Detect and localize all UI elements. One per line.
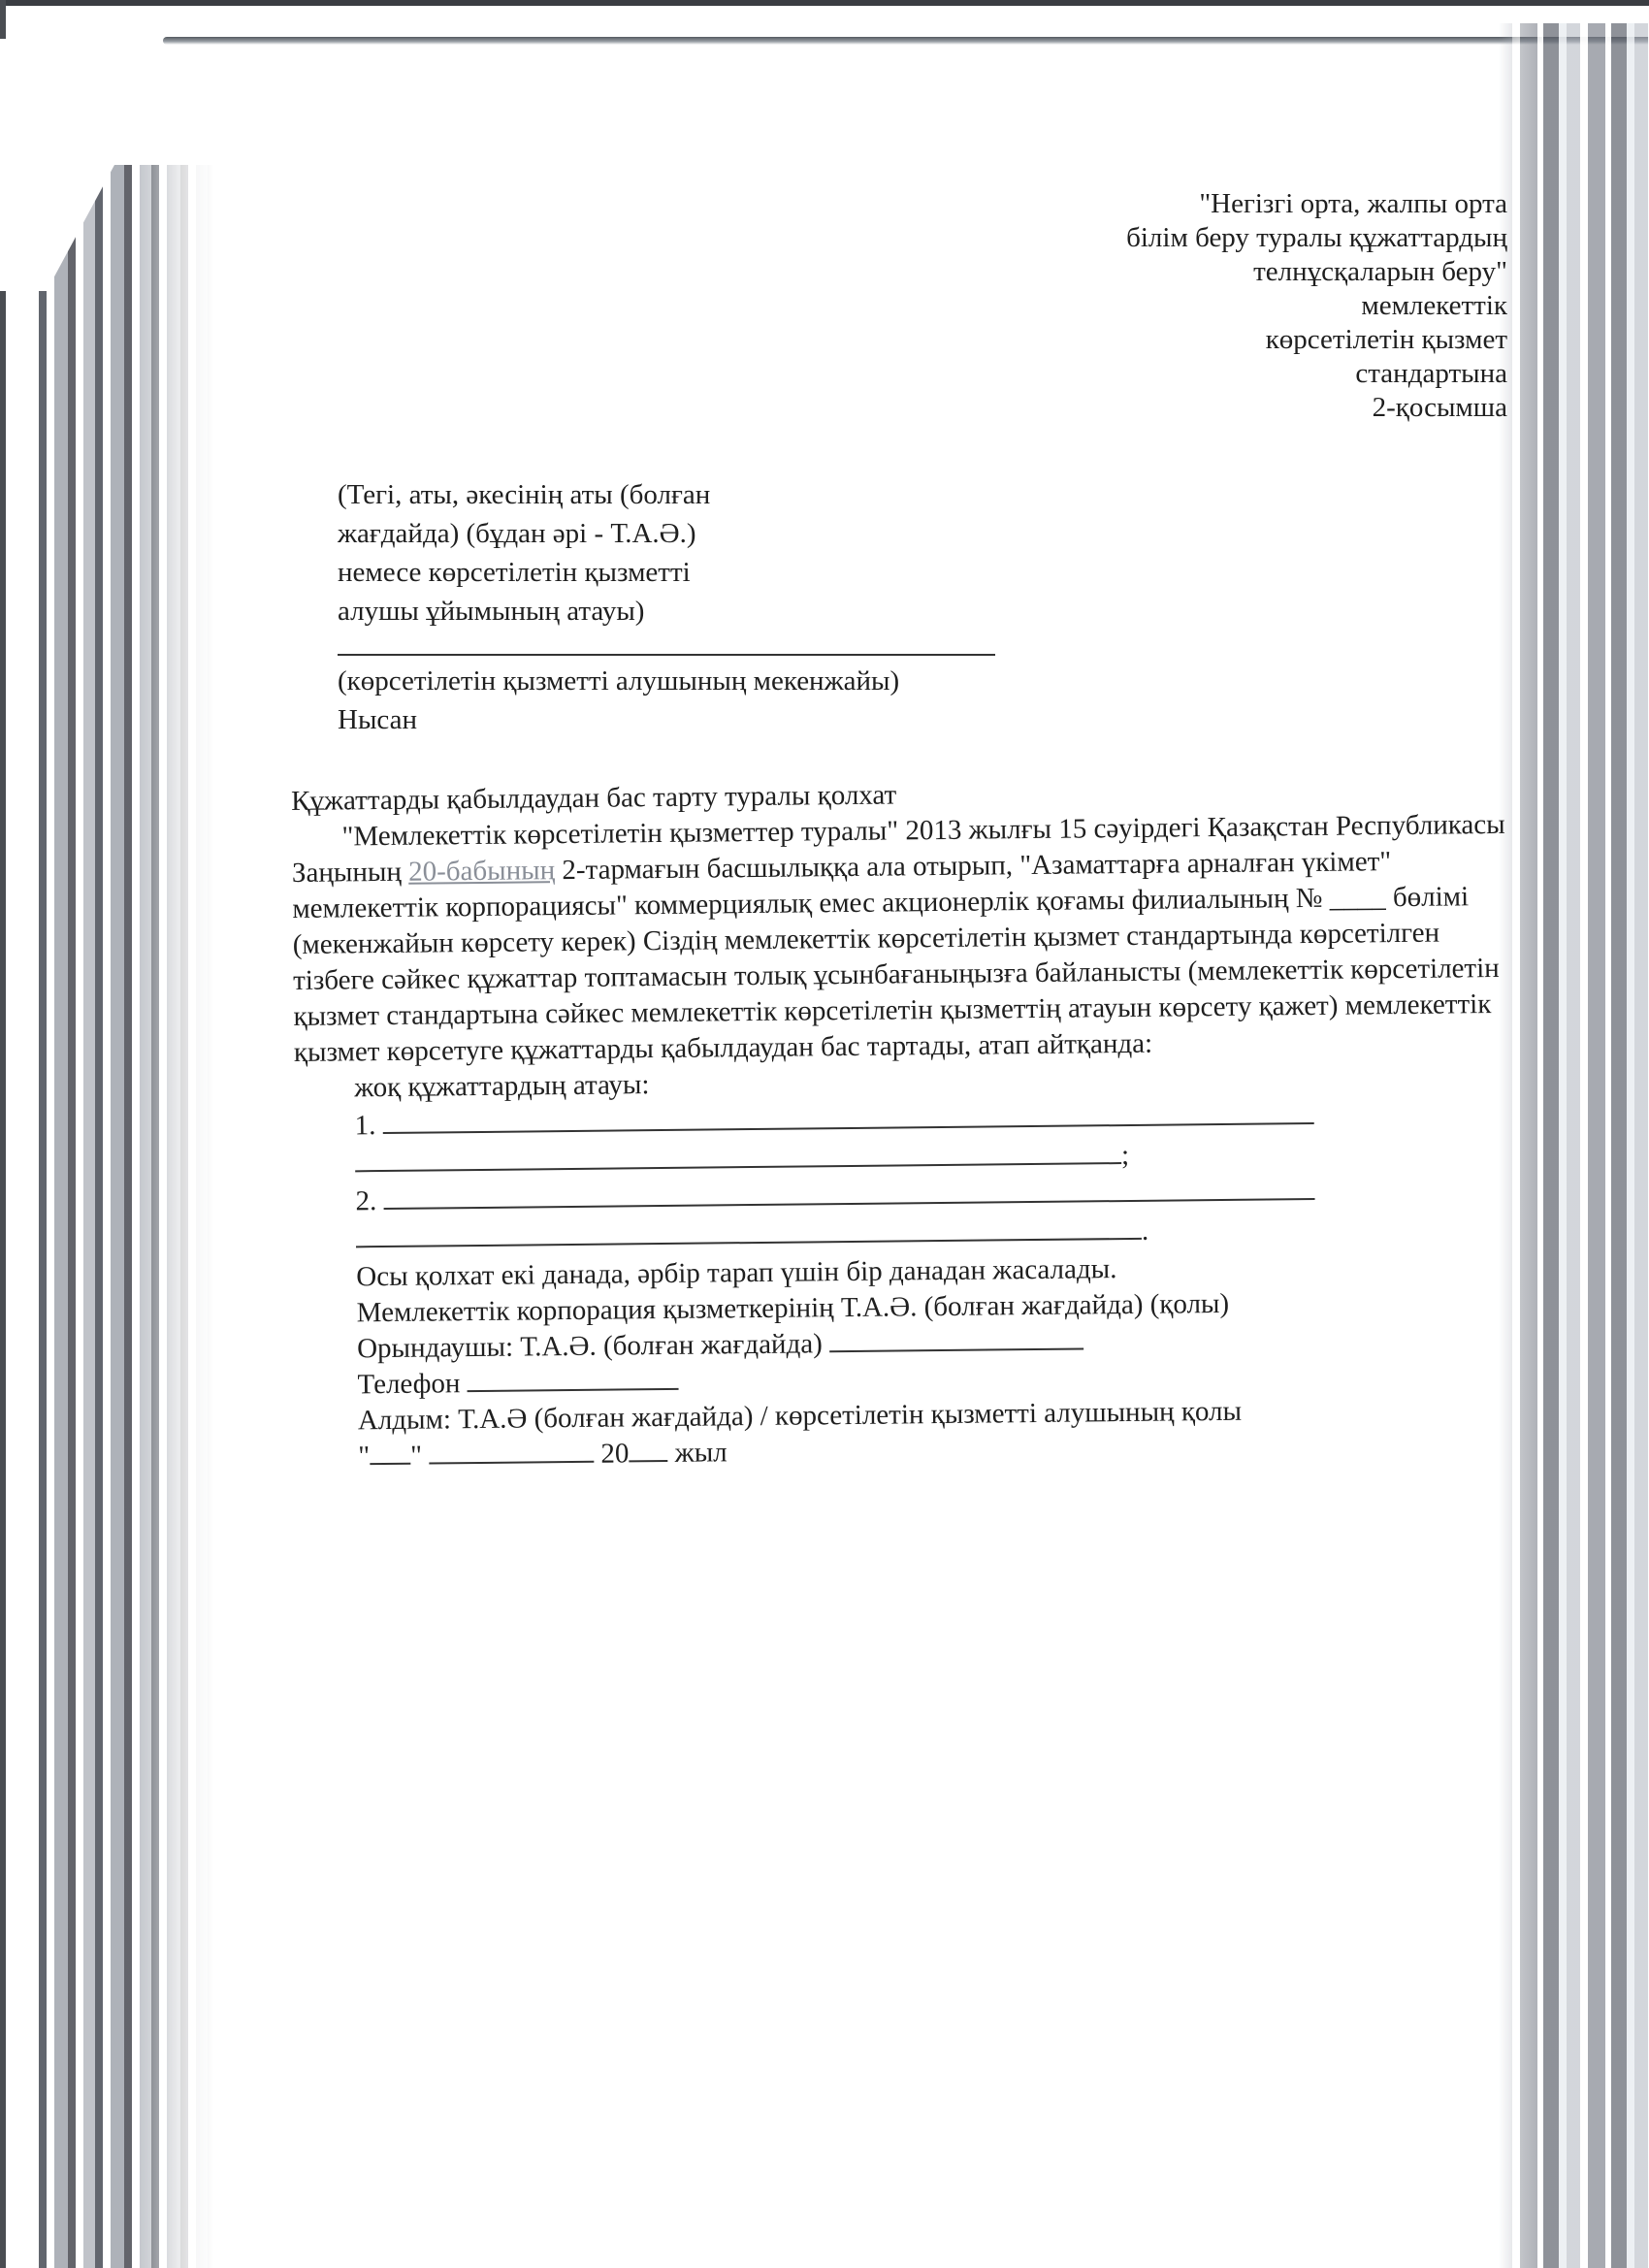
form-label: Нысан — [338, 700, 995, 739]
item-number: 1. — [355, 1110, 376, 1141]
law-article-link[interactable]: 20-бабының — [408, 855, 555, 888]
date-quote-open: " — [358, 1441, 370, 1472]
executor-fill-line — [829, 1324, 1083, 1352]
year-prefix: 20 — [600, 1438, 629, 1469]
item-number: 2. — [355, 1185, 376, 1216]
annex-header-line: "Негізгі орта, жалпы орта — [1126, 187, 1507, 221]
phone-label: Телефон — [357, 1368, 460, 1400]
document-page: "Негізгі орта, жалпы орта білім беру тур… — [0, 0, 1649, 2268]
annex-header-line: стандартына — [1126, 357, 1507, 391]
recipient-line: (Тегі, аты, әкесінің аты (болған — [338, 475, 995, 514]
phone-fill-line — [468, 1365, 679, 1392]
item-end-mark: . — [1142, 1215, 1149, 1247]
annex-header-line: телнұсқаларын беру" — [1126, 255, 1507, 289]
day-fill-line — [370, 1440, 410, 1465]
month-fill-line — [429, 1438, 594, 1465]
main-paragraph: "Мемлекеттік көрсетілетін қызметтер тура… — [291, 807, 1518, 1071]
annex-header-line: көрсетілетін қызмет — [1126, 323, 1507, 357]
annex-number: 2-қосымша — [1126, 391, 1507, 425]
receipt-body: Құжаттарды қабылдаудан бас тарту туралы … — [291, 771, 1522, 1475]
year-fill-line — [629, 1437, 667, 1462]
address-label: (көрсетілетін қызметті алушының мекенжай… — [338, 662, 995, 700]
address-fill-line — [338, 654, 995, 656]
missing-docs-section: жоқ құжаттардың атауы: 1. ; 2. . Осы қол… — [294, 1058, 1522, 1475]
recipient-line: немесе көрсетілетін қызметті — [338, 553, 995, 592]
annex-header: "Негізгі орта, жалпы орта білім беру тур… — [1126, 187, 1507, 425]
annex-header-line: білім беру туралы құжаттардың — [1126, 221, 1507, 255]
annex-header-line: мемлекеттік — [1126, 289, 1507, 323]
recipient-line: алушы ұйымының атауы) — [338, 592, 995, 631]
date-quote-close: " — [410, 1441, 422, 1472]
year-suffix: жыл — [675, 1437, 727, 1469]
executor-label: Орындаушы: Т.А.Ә. (болған жағдайда) — [357, 1328, 823, 1364]
recipient-block: (Тегі, аты, әкесінің аты (болған жағдайд… — [338, 475, 995, 739]
item-end-mark: ; — [1121, 1140, 1129, 1171]
recipient-line: жағдайда) (бұдан әрі - Т.А.Ә.) — [338, 514, 995, 553]
fill-line — [355, 1139, 1121, 1172]
